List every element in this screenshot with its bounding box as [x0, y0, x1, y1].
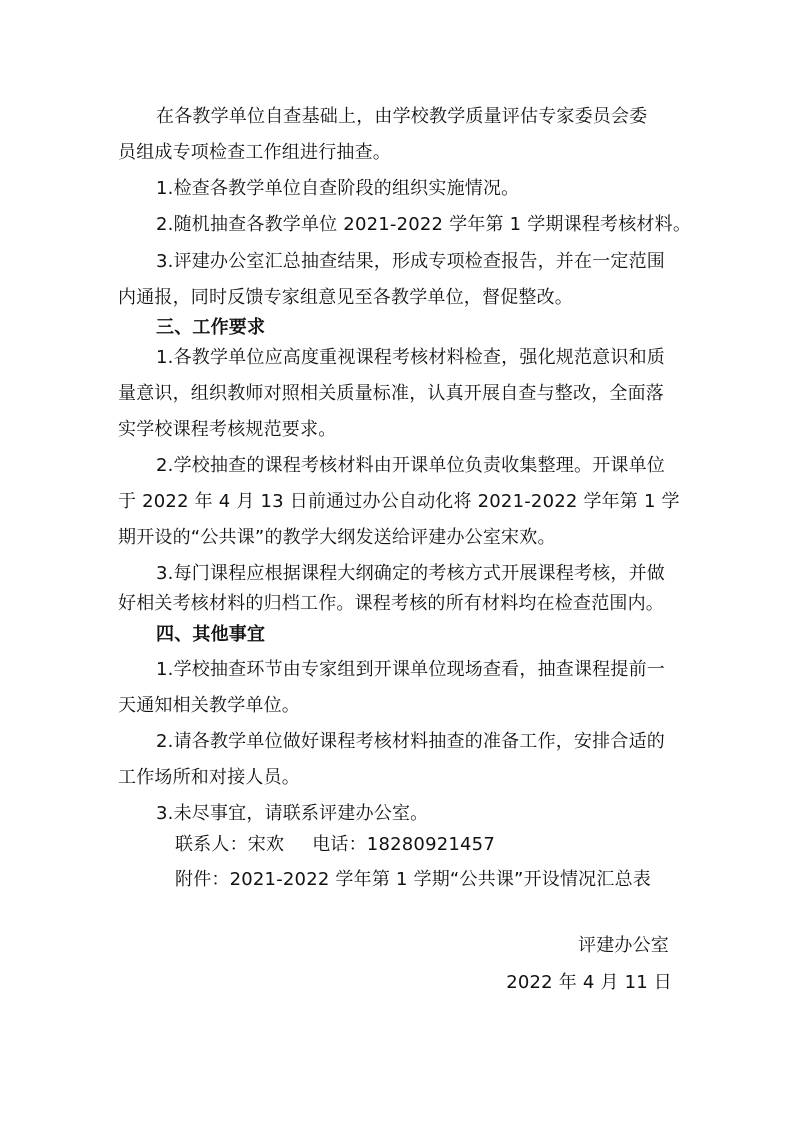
signature-office: 评建办公室: [578, 934, 669, 958]
document-page: 在各教学单位自查基础上，由学校教学质量评估专家委员会委 员组成专项检查工作组进行…: [0, 0, 793, 1122]
contact-line: 联系人：宋欢电话：18280921457: [175, 833, 735, 857]
requirement-item-2: 2.学校抽查的课程考核材料由开课单位负责收集整理。开课单位: [156, 454, 716, 478]
check-item-1: 1.检查各教学单位自查阶段的组织实施情况。: [156, 177, 716, 201]
requirement-item-3-cont: 好相关考核材料的归档工作。课程考核的所有材料均在检查范围内。: [118, 592, 678, 616]
intro-paragraph-line: 在各教学单位自查基础上，由学校教学质量评估专家委员会委: [156, 105, 716, 129]
check-item-3-cont: 内通报，同时反馈专家组意见至各教学单位，督促整改。: [118, 286, 678, 310]
requirement-item-2-cont: 于 2022 年 4 月 13 日前通过办公自动化将 2021-2022 学年第…: [118, 490, 678, 514]
signature-date: 2022 年 4 月 11 日: [506, 971, 672, 995]
other-item-2: 2.请各教学单位做好课程考核材料抽查的准备工作，安排合适的: [156, 730, 716, 754]
other-item-2-cont: 工作场所和对接人员。: [118, 766, 678, 790]
intro-paragraph-line: 员组成专项检查工作组进行抽查。: [118, 141, 678, 165]
other-item-1-cont: 天通知相关教学单位。: [118, 694, 678, 718]
other-item-3: 3.未尽事宜，请联系评建办公室。: [156, 802, 716, 826]
contact-person: 联系人：宋欢: [175, 834, 284, 855]
section-heading-other: 四、其他事宜: [156, 623, 716, 647]
requirement-item-3: 3.每门课程应根据课程大纲确定的考核方式开展课程考核，并做: [156, 562, 716, 586]
section-heading-requirements: 三、工作要求: [156, 316, 716, 340]
check-item-3: 3.评建办公室汇总抽查结果，形成专项检查报告，并在一定范围: [156, 250, 716, 274]
check-item-2: 2.随机抽查各教学单位 2021-2022 学年第 1 学期课程考核材料。: [156, 213, 716, 237]
requirement-item-2-cont: 期开设的“公共课”的教学大纲发送给评建办公室宋欢。: [118, 526, 678, 550]
other-item-1: 1.学校抽查环节由专家组到开课单位现场查看，抽查课程提前一: [156, 658, 716, 682]
requirement-item-1: 1.各教学单位应高度重视课程考核材料检查，强化规范意识和质: [156, 346, 716, 370]
requirement-item-1-cont: 实学校课程考核规范要求。: [118, 418, 678, 442]
attachment-line: 附件：2021-2022 学年第 1 学期“公共课”开设情况汇总表: [175, 868, 735, 892]
contact-phone: 电话：18280921457: [312, 834, 495, 855]
requirement-item-1-cont: 量意识，组织教师对照相关质量标准，认真开展自查与整改，全面落: [118, 382, 678, 406]
